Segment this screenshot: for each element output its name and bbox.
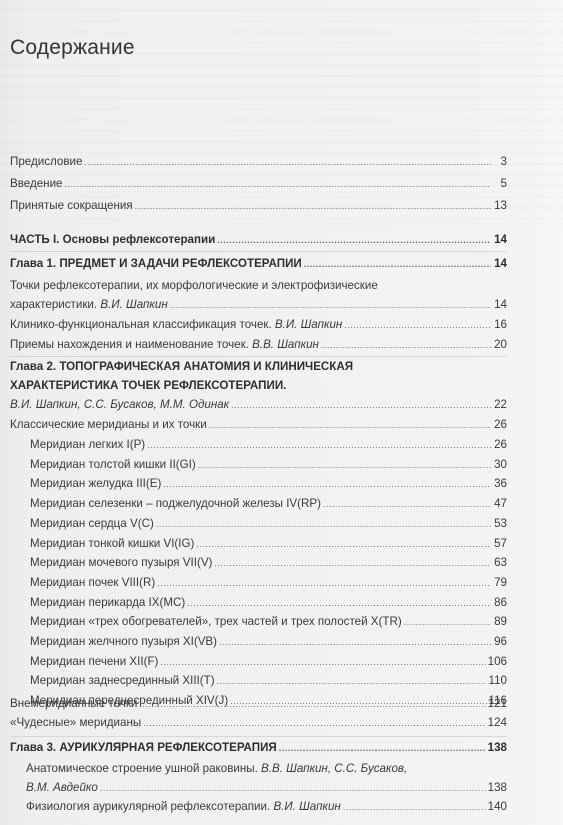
toc-entry-chapter1[interactable]: Глава 1. ПРЕДМЕТ И ЗАДАЧИ РЕФЛЕКСОТЕРАПИ… xyxy=(10,257,507,273)
entry-label: Меридиан заднесрединный XIII(T) xyxy=(30,674,215,687)
entry-page: 26 xyxy=(493,418,507,431)
dot-leader xyxy=(231,400,491,410)
chapter2-title-line2: ХАРАКТЕРИСТИКА ТОЧЕК РЕФЛЕКСОТЕРАПИИ. xyxy=(10,379,286,392)
entry-label: Меридиан «трех обогревателей», трех част… xyxy=(30,615,402,628)
toc-entry-abbreviations[interactable]: Принятые сокращения 13 xyxy=(10,199,507,215)
entry-page: 57 xyxy=(493,537,507,550)
entry-label: Классические меридианы и их точки xyxy=(10,418,207,431)
toc-entry-classification[interactable]: Клинико-функциональная классификация точ… xyxy=(10,318,507,334)
page-title: Содержание xyxy=(10,36,135,60)
entry-label: ЧАСТЬ I. Основы рефлексотерапии xyxy=(10,233,215,246)
toc-entry-meridian[interactable]: Меридиан перикарда IX(MC)86 xyxy=(30,596,507,612)
dot-leader xyxy=(196,539,491,549)
entry-page: 106 xyxy=(488,655,507,668)
dot-leader xyxy=(198,460,491,470)
toc-entry-extra-meridian-points[interactable]: Внемеридианные точки 121 xyxy=(10,697,507,713)
entry-author: В.И. Шапкин xyxy=(100,298,167,311)
toc-entry-meridian[interactable]: Меридиан сердца V(C)53 xyxy=(30,517,507,533)
dot-leader xyxy=(404,617,491,627)
toc-entry-points-line1: Точки рефлексотерапии, их морфологически… xyxy=(10,279,378,292)
entry-label: Меридиан тонкой кишки VI(IG) xyxy=(30,537,194,550)
entry-page: 53 xyxy=(493,517,507,530)
entry-label: Введение xyxy=(10,177,63,190)
dot-leader xyxy=(147,440,491,450)
entry-label: Глава 3. АУРИКУЛЯРНАЯ РЕФЛЕКСОТЕРАПИЯ xyxy=(10,741,277,754)
entry-page: 138 xyxy=(488,781,507,794)
entry-page: 22 xyxy=(493,398,507,411)
book-page: Содержание Предисловие 3 Введение 5 Прин… xyxy=(0,0,563,825)
toc-entry-meridian[interactable]: Меридиан печени XII(F)106 xyxy=(30,655,507,671)
dot-leader xyxy=(84,157,491,167)
toc-entry-preface[interactable]: Предисловие 3 xyxy=(10,155,507,171)
dot-leader xyxy=(304,259,491,269)
entry-label: Клинико-функциональная классификация точ… xyxy=(10,318,342,331)
entry-page: 110 xyxy=(489,674,507,687)
entry-label: Меридиан толстой кишки II(GI) xyxy=(30,458,196,471)
entry-label: Меридиан перикарда IX(MC) xyxy=(30,596,185,609)
entry-page: 3 xyxy=(493,155,507,168)
entry-page: 63 xyxy=(493,556,507,569)
entry-page: 86 xyxy=(493,596,507,609)
entry-page: 47 xyxy=(493,497,507,510)
dot-leader xyxy=(217,676,487,686)
toc-entry-meridian[interactable]: Меридиан толстой кишки II(GI)30 xyxy=(30,458,507,474)
dot-leader xyxy=(217,235,491,245)
entry-label: Предисловие xyxy=(10,155,82,168)
chapter-prefix: Глава 1 xyxy=(10,257,53,270)
toc-entry-classic-meridians[interactable]: Классические меридианы и их точки 26 xyxy=(10,418,507,434)
divider xyxy=(10,736,507,737)
dot-leader xyxy=(100,783,486,793)
entry-page: 14 xyxy=(493,233,507,246)
dot-leader xyxy=(343,802,486,812)
entry-text: Анатомическое строение ушной раковины. xyxy=(26,762,261,775)
dot-leader xyxy=(209,420,491,430)
entry-label: Меридиан сердца V(C) xyxy=(30,517,154,530)
entry-label: «Чудесные» меридианы xyxy=(10,716,141,729)
chapter-prefix: Глава 3 xyxy=(10,741,53,754)
dot-leader xyxy=(160,657,485,667)
chapter2-title-line1: Глава 2. ТОПОГРАФИЧЕСКАЯ АНАТОМИЯ И КЛИН… xyxy=(10,360,353,373)
bleed-through-texture xyxy=(0,0,563,230)
toc-entry-points[interactable]: характеристики. В.И. Шапкин 14 xyxy=(10,298,507,314)
divider xyxy=(10,251,507,252)
entry-page: 5 xyxy=(493,177,507,190)
entry-label: Меридиан печени XII(F) xyxy=(30,655,158,668)
entry-label: Меридиан селезенки – поджелудочной желез… xyxy=(30,497,321,510)
entry-page: 16 xyxy=(493,318,507,331)
toc-entry-part1[interactable]: ЧАСТЬ I. Основы рефлексотерапии 14 xyxy=(10,233,507,249)
dot-leader xyxy=(321,340,491,350)
entry-page: 124 xyxy=(488,716,507,729)
dot-leader xyxy=(323,499,491,509)
chapter-title: . АУРИКУЛЯРНАЯ РЕФЛЕКСОТЕРАПИЯ xyxy=(53,741,277,754)
entry-page: 26 xyxy=(493,438,507,451)
entry-page: 79 xyxy=(493,576,507,589)
entry-author: В.В. Шапкин, С.С. Бусаков, xyxy=(261,762,407,775)
dot-leader xyxy=(219,637,491,647)
entry-page: 14 xyxy=(493,298,507,311)
toc-entry-introduction[interactable]: Введение 5 xyxy=(10,177,507,193)
toc-entry-meridian[interactable]: Меридиан желчного пузыря XI(VB)96 xyxy=(30,635,507,651)
dot-leader xyxy=(344,320,491,330)
entry-label: Меридиан желудка III(E) xyxy=(30,477,161,490)
entry-label: Меридиан легких I(P) xyxy=(30,438,145,451)
toc-entry-meridian[interactable]: Меридиан почек VIII(R)79 xyxy=(30,576,507,592)
entry-author: В.И. Шапкин, С.С. Бусаков, М.М. Одинак xyxy=(10,398,229,411)
entry-text: Клинико-функциональная классификация точ… xyxy=(10,318,275,331)
entry-label: Глава 1. ПРЕДМЕТ И ЗАДАЧИ РЕФЛЕКСОТЕРАПИ… xyxy=(10,257,302,270)
entry-page: 30 xyxy=(493,458,507,471)
toc-entry-chapter2[interactable]: В.И. Шапкин, С.С. Бусаков, М.М. Одинак 2… xyxy=(10,398,507,414)
toc-entry-meridian[interactable]: Меридиан заднесрединный XIII(T)110 xyxy=(30,674,507,690)
entry-label: Внемеридианные точки xyxy=(10,697,137,710)
dot-leader xyxy=(214,558,491,568)
dot-leader xyxy=(279,743,486,753)
entry-label: Меридиан желчного пузыря XI(VB) xyxy=(30,635,217,648)
entry-page: 89 xyxy=(493,615,507,628)
toc-entry-point-finding[interactable]: Приемы нахождения и наименование точек. … xyxy=(10,338,507,354)
entry-label: Меридиан мочевого пузыря VII(V) xyxy=(30,556,212,569)
toc-entry-wonder-meridians[interactable]: «Чудесные» меридианы 124 xyxy=(10,716,507,732)
entry-text: Приемы нахождения и наименование точек. xyxy=(10,338,252,351)
toc-entry-meridian[interactable]: Меридиан селезенки – поджелудочной желез… xyxy=(30,497,507,513)
entry-page: 138 xyxy=(488,741,507,754)
divider xyxy=(10,356,507,357)
toc-entry-ear-anatomy-line1: Анатомическое строение ушной раковины. В… xyxy=(26,762,407,775)
chapter-title: . ПРЕДМЕТ И ЗАДАЧИ РЕФЛЕКСОТЕРАПИИ xyxy=(53,257,302,270)
entry-author: В.М. Авдейко xyxy=(26,781,98,794)
dot-leader xyxy=(139,699,485,709)
entry-page: 140 xyxy=(488,800,507,813)
dot-leader xyxy=(143,718,485,728)
dot-leader xyxy=(187,598,491,608)
dot-leader xyxy=(156,519,491,529)
entry-label: Физиология аурикулярной рефлексотерапии.… xyxy=(26,800,341,813)
entry-label: Меридиан почек VIII(R) xyxy=(30,576,155,589)
dot-leader xyxy=(65,179,492,189)
toc-entry-chapter3[interactable]: Глава 3. АУРИКУЛЯРНАЯ РЕФЛЕКСОТЕРАПИЯ 13… xyxy=(10,741,507,757)
entry-page: 13 xyxy=(493,199,507,212)
toc-entry-meridian[interactable]: Меридиан «трех обогревателей», трех част… xyxy=(30,615,507,631)
entry-author: В.В. Шапкин xyxy=(252,338,319,351)
entry-page: 121 xyxy=(488,697,507,710)
entry-page: 20 xyxy=(493,338,507,351)
entry-label: Принятые сокращения xyxy=(10,199,133,212)
dot-leader xyxy=(163,479,491,489)
entry-page: 96 xyxy=(493,635,507,648)
entry-author: В.И. Шапкин xyxy=(275,318,342,331)
dot-leader xyxy=(170,300,491,310)
toc-entry-meridian[interactable]: Меридиан тонкой кишки VI(IG)57 xyxy=(30,537,507,553)
entry-label: характеристики. В.И. Шапкин xyxy=(10,298,168,311)
toc-entry-meridian[interactable]: Меридиан мочевого пузыря VII(V)63 xyxy=(30,556,507,572)
entry-page: 36 xyxy=(493,477,507,490)
toc-entry-ear-anatomy[interactable]: В.М. Авдейко 138 xyxy=(26,781,507,797)
entry-author: В.И. Шапкин xyxy=(273,800,340,813)
entry-text: характеристики. xyxy=(10,298,100,311)
entry-page: 14 xyxy=(493,257,507,270)
entry-label: Приемы нахождения и наименование точек. … xyxy=(10,338,319,351)
dot-leader xyxy=(135,201,491,211)
toc-entry-auricular-physiology[interactable]: Физиология аурикулярной рефлексотерапии.… xyxy=(26,800,507,816)
toc-entry-meridian[interactable]: Меридиан легких I(P)26 xyxy=(30,438,507,454)
toc-entry-meridian[interactable]: Меридиан желудка III(E)36 xyxy=(30,477,507,493)
dot-leader xyxy=(157,578,491,588)
entry-text: Физиология аурикулярной рефлексотерапии. xyxy=(26,800,273,813)
